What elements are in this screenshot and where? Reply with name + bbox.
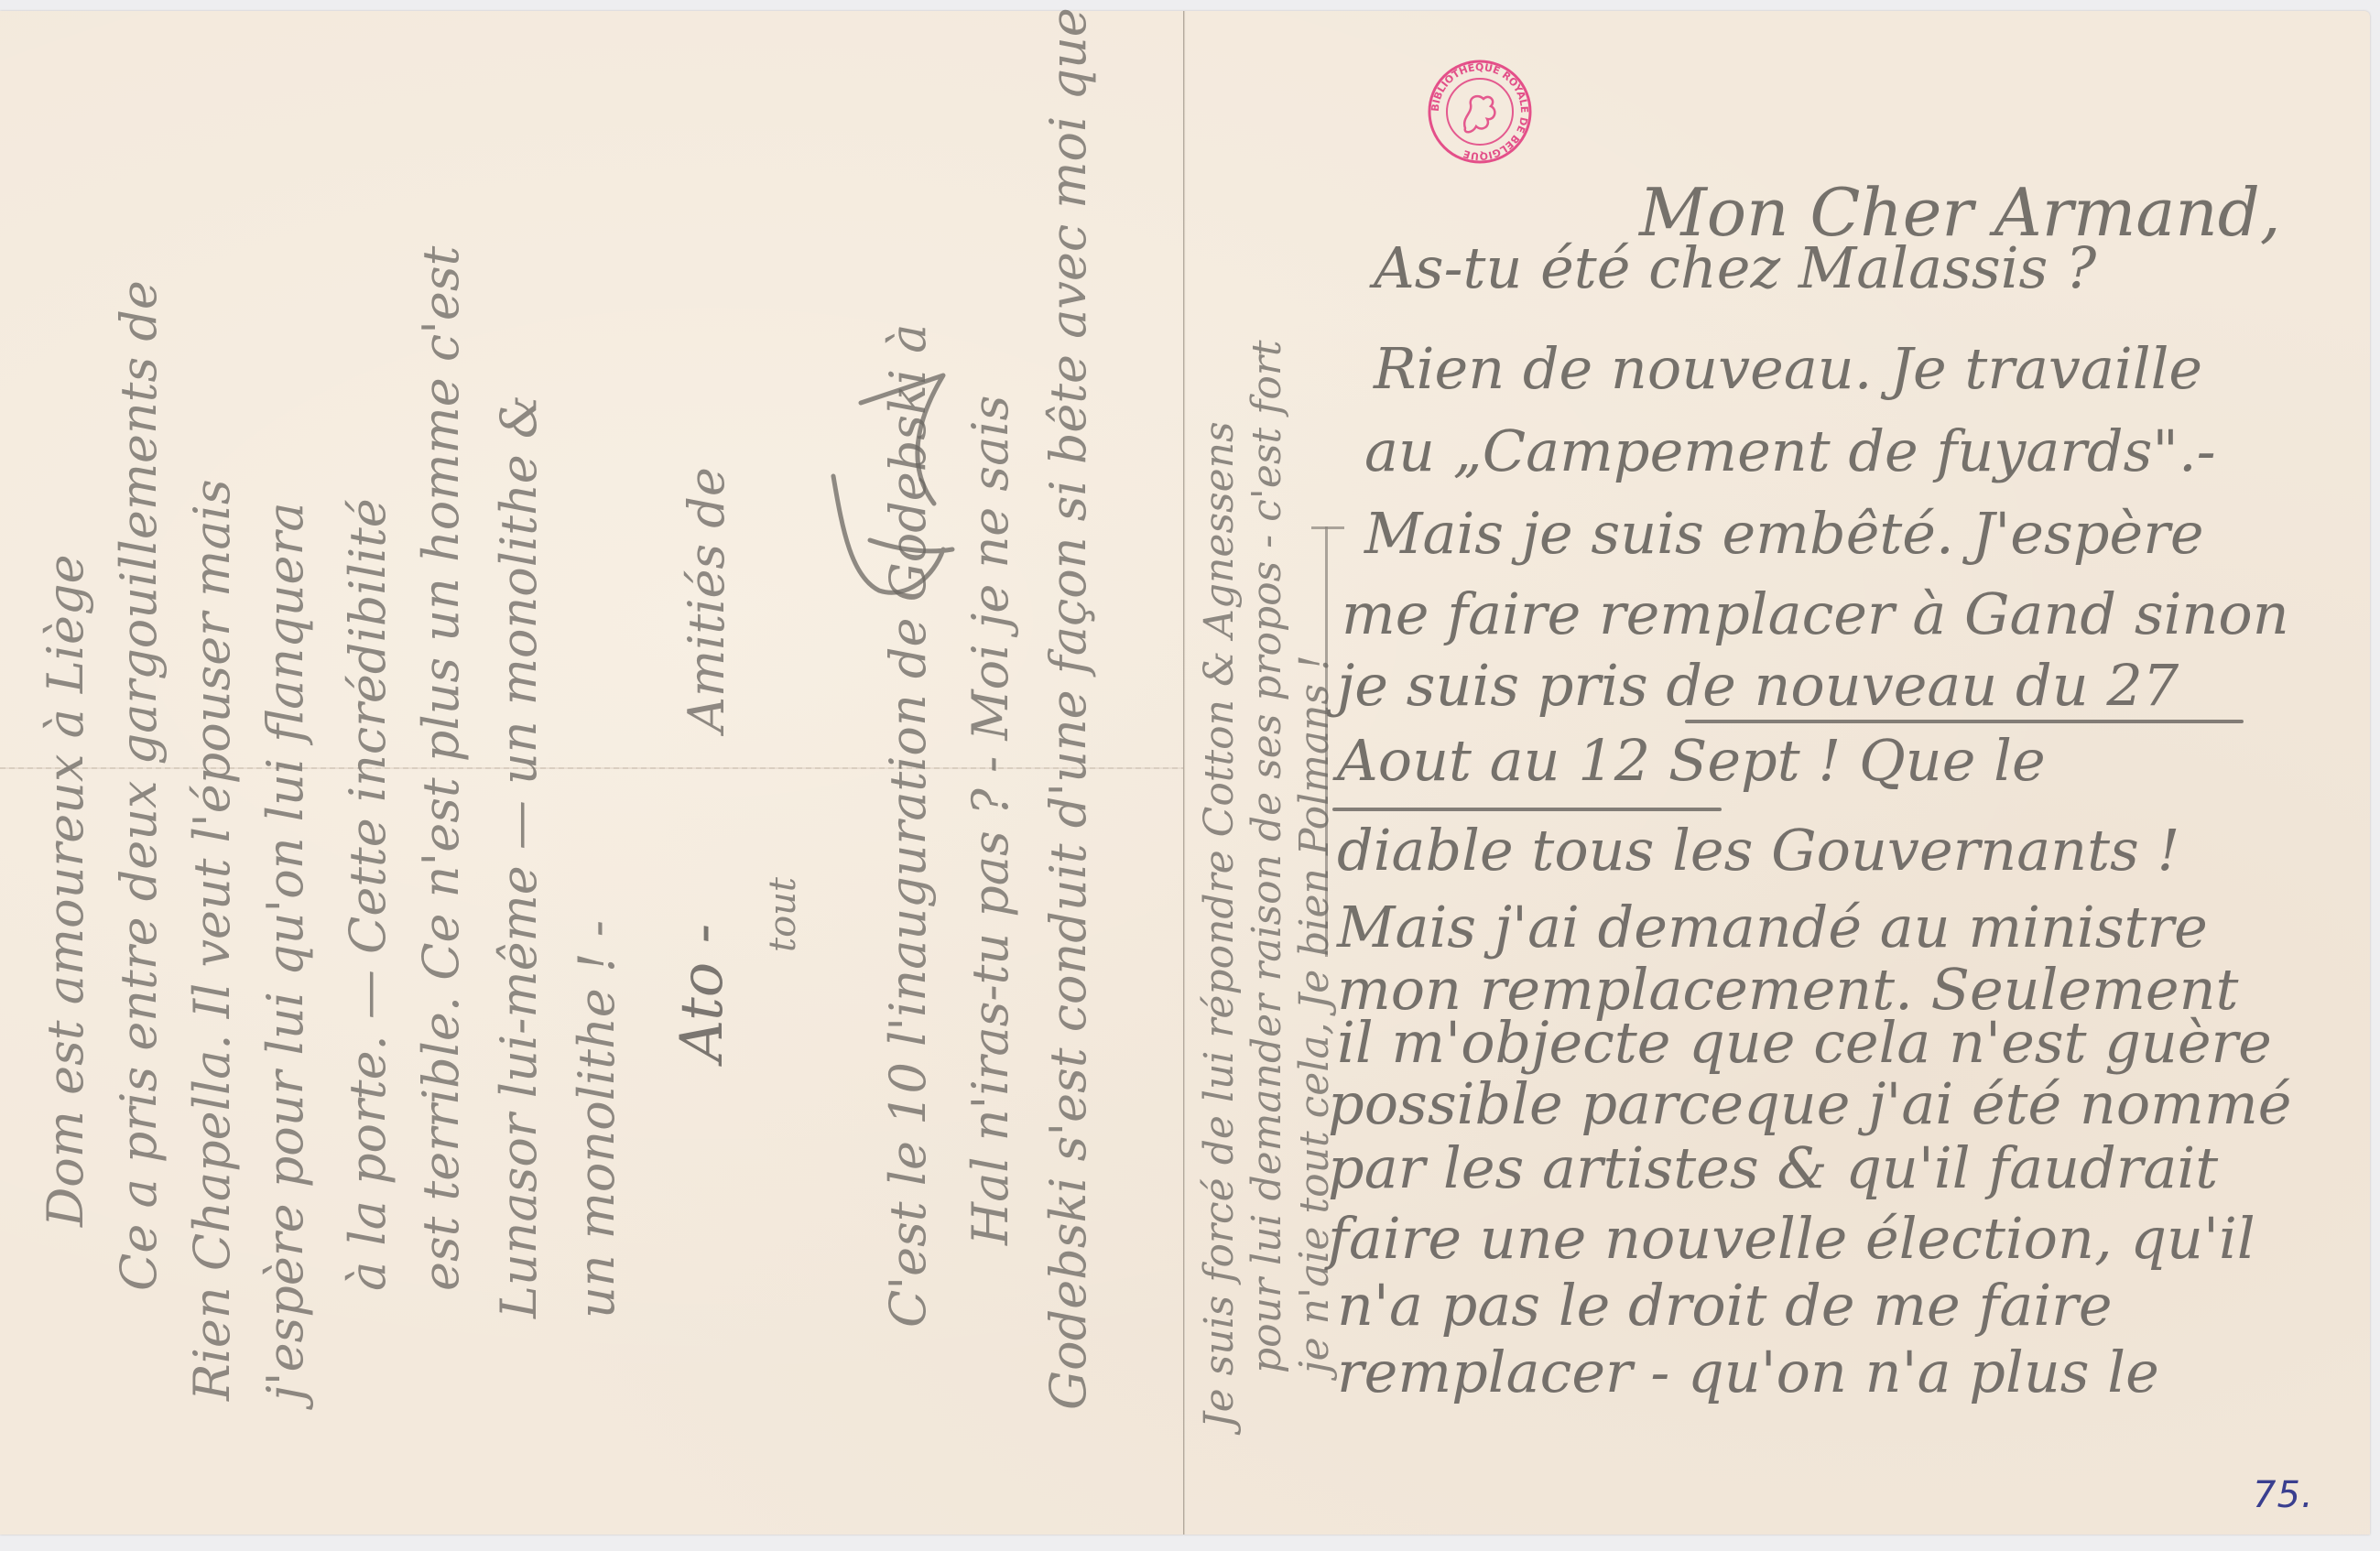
signature-label: tout <box>765 877 801 952</box>
left-line: Rien Chapella. Il veut l'épouser mais <box>188 479 237 1401</box>
left-line: Lunasor lui-même — un monolithe & <box>494 395 544 1318</box>
letter-line: Rien de nouveau. Je travaille <box>1374 341 2202 397</box>
letter-line: diable tous les Gouvernants ! <box>1337 822 2179 879</box>
margin-note-line: Je suis forcé de lui répondre Cotton & A… <box>1200 421 1240 1428</box>
letter-line: remplacer - qu'on n'a plus le <box>1337 1344 2159 1401</box>
letter-line: Mais je suis embêté. J'espère <box>1364 505 2204 562</box>
library-stamp-icon: BIBLIOTHÈQUE ROYALE DE BELGIQUE <box>1425 57 1535 167</box>
letter-line: je suis pris de nouveau du 27 <box>1337 657 2179 714</box>
left-line: j'espère pour lui qu'on lui flanquera <box>261 503 310 1401</box>
margin-bracket-tick <box>1311 526 1344 529</box>
underline-mark <box>1332 808 1722 811</box>
center-fold-line <box>1183 11 1186 1535</box>
letter-line: par les artistes & qu'il faudrait <box>1328 1140 2218 1197</box>
postscript-line: Godebski s'est conduit d'une façon si bê… <box>1044 7 1093 1410</box>
left-line: Dom est amoureux à Liège <box>41 554 91 1227</box>
letter-line: possible parceque j'ai été nommé <box>1328 1076 2291 1133</box>
archive-page-number: 75. <box>2253 1474 2314 1516</box>
left-line: est terrible. Ce n'est plus un homme c'e… <box>417 246 466 1291</box>
margin-note-line: je n'aie tout cela, Je bien Polmans ! <box>1295 655 1335 1373</box>
letter-line: n'a pas le droit de me faire <box>1337 1277 2113 1334</box>
letter-line: As-tu été chez Malassis ? <box>1374 240 2096 297</box>
letter-line: au „Campement de fuyards".- <box>1364 423 2216 480</box>
signature-flourish-icon <box>806 366 1007 623</box>
letter-line: Mais j'ai demandé au ministre <box>1337 899 2208 956</box>
closing-short: Ato - <box>673 924 732 1062</box>
left-line: un monolithe ! - <box>572 920 622 1318</box>
left-line: Ce a pris entre deux gargouillements de <box>114 280 164 1291</box>
underline-mark <box>1685 720 2244 723</box>
margin-note-line: pour lui demander raison de ses propos -… <box>1247 340 1288 1373</box>
left-line: à la porte. — Cette incrédibilité <box>343 498 393 1291</box>
closing-text: Amitiés de <box>682 467 732 732</box>
letter-line: Aout au 12 Sept ! Que le <box>1337 732 2046 789</box>
letter-line: faire une nouvelle élection, qu'il <box>1328 1210 2255 1267</box>
letter-line: me faire remplacer à Gand sinon <box>1342 586 2289 643</box>
letter-line: il m'objecte que cela n'est guère <box>1337 1014 2272 1071</box>
